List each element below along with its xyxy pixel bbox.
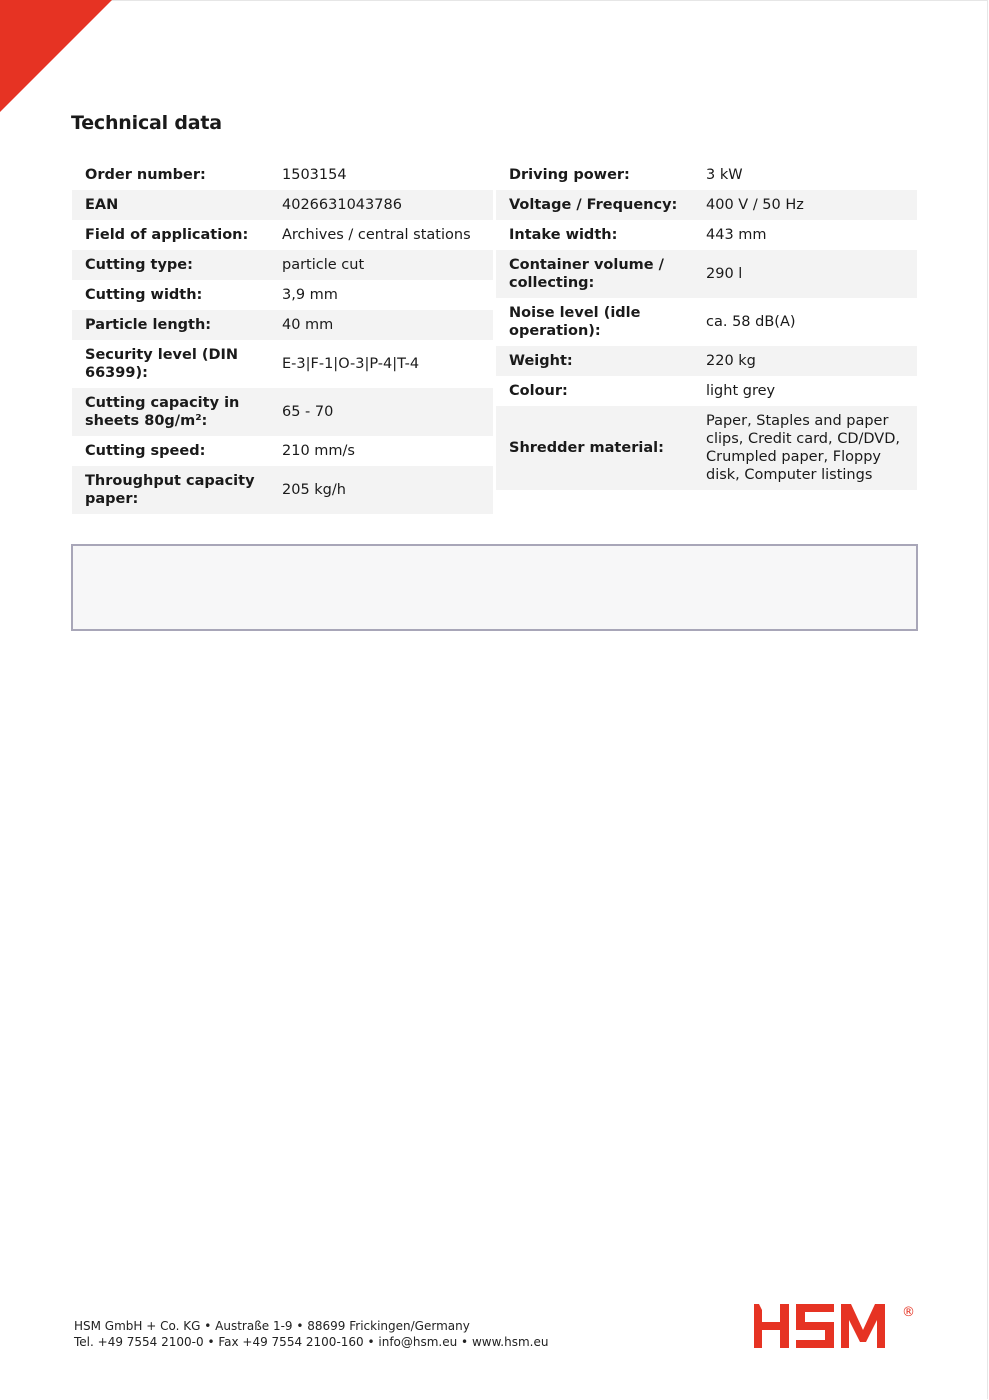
spec-value: 443 mm: [706, 226, 917, 244]
table-row: Order number:1503154: [72, 160, 493, 190]
spec-label: Weight:: [496, 352, 706, 370]
table-row: Shredder material:Paper, Staples and pap…: [496, 406, 917, 490]
table-row: Particle length:40 mm: [72, 310, 493, 340]
table-row: Driving power:3 kW: [496, 160, 917, 190]
spec-value: particle cut: [282, 256, 493, 274]
footer-line-company: HSM GmbH + Co. KG • Austraße 1-9 • 88699…: [74, 1319, 548, 1335]
corner-accent: [0, 0, 112, 112]
table-row: Cutting type:particle cut: [72, 250, 493, 280]
table-row: Intake width:443 mm: [496, 220, 917, 250]
spec-value: 210 mm/s: [282, 442, 493, 460]
spec-value: ca. 58 dB(A): [706, 313, 917, 331]
spec-label: EAN: [72, 196, 282, 214]
table-row: Colour:light grey: [496, 376, 917, 406]
footer-line-contact: Tel. +49 7554 2100-0 • Fax +49 7554 2100…: [74, 1335, 548, 1351]
spec-label: Security level (DIN 66399):: [72, 346, 282, 382]
spec-value: 205 kg/h: [282, 481, 493, 499]
spec-label: Driving power:: [496, 166, 706, 184]
spec-label: Noise level (idle operation):: [496, 304, 706, 340]
spec-label: Particle length:: [72, 316, 282, 334]
hsm-logo: ®: [752, 1300, 918, 1354]
spec-value: 4026631043786: [282, 196, 493, 214]
empty-note-box: [71, 544, 918, 631]
spec-label: Cutting capacity in sheets 80g/m²:: [72, 394, 282, 430]
table-row: Container volume / collecting:290 l: [496, 250, 917, 298]
spec-label: Field of application:: [72, 226, 282, 244]
spec-value: 65 - 70: [282, 403, 493, 421]
spec-value: 3,9 mm: [282, 286, 493, 304]
spec-value: 290 l: [706, 265, 917, 283]
table-row: Cutting width:3,9 mm: [72, 280, 493, 310]
spec-table-right: Driving power:3 kW Voltage / Frequency:4…: [496, 160, 917, 490]
spec-label: Shredder material:: [496, 439, 706, 457]
spec-label: Colour:: [496, 382, 706, 400]
svg-text:®: ®: [902, 1305, 915, 1320]
spec-value: 1503154: [282, 166, 493, 184]
page-title: Technical data: [71, 112, 222, 134]
table-row: Cutting speed:210 mm/s: [72, 436, 493, 466]
spec-value: 400 V / 50 Hz: [706, 196, 917, 214]
footer-address: HSM GmbH + Co. KG • Austraße 1-9 • 88699…: [74, 1319, 548, 1350]
table-row: Voltage / Frequency:400 V / 50 Hz: [496, 190, 917, 220]
table-row: EAN4026631043786: [72, 190, 493, 220]
spec-label: Container volume / collecting:: [496, 256, 706, 292]
table-row: Cutting capacity in sheets 80g/m²:65 - 7…: [72, 388, 493, 436]
spec-label: Cutting speed:: [72, 442, 282, 460]
spec-label: Voltage / Frequency:: [496, 196, 706, 214]
spec-value: Paper, Staples and paper clips, Credit c…: [706, 412, 917, 484]
table-row: Throughput capacity paper:205 kg/h: [72, 466, 493, 514]
spec-label: Cutting type:: [72, 256, 282, 274]
spec-value: 220 kg: [706, 352, 917, 370]
spec-value: 3 kW: [706, 166, 917, 184]
spec-value: light grey: [706, 382, 917, 400]
spec-value: Archives / central stations: [282, 226, 493, 244]
spec-label: Intake width:: [496, 226, 706, 244]
spec-label: Order number:: [72, 166, 282, 184]
table-row: Noise level (idle operation):ca. 58 dB(A…: [496, 298, 917, 346]
table-row: Field of application:Archives / central …: [72, 220, 493, 250]
table-row: Weight:220 kg: [496, 346, 917, 376]
spec-value: 40 mm: [282, 316, 493, 334]
spec-value: E-3|F-1|O-3|P-4|T-4: [282, 355, 493, 373]
table-row: Security level (DIN 66399):E-3|F-1|O-3|P…: [72, 340, 493, 388]
spec-label: Cutting width:: [72, 286, 282, 304]
spec-table-left: Order number:1503154 EAN4026631043786 Fi…: [72, 160, 493, 514]
spec-label: Throughput capacity paper:: [72, 472, 282, 508]
